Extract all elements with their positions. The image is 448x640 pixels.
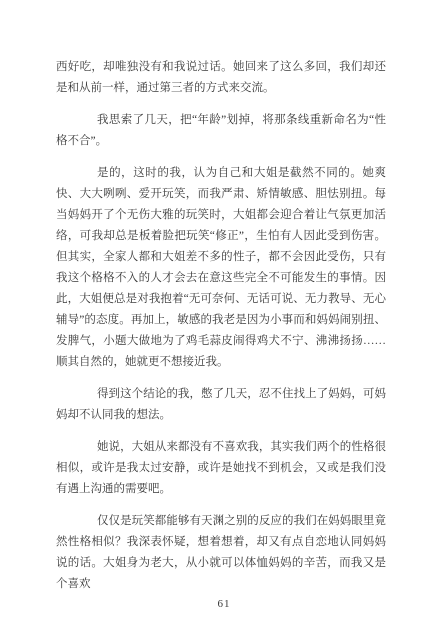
page-text: 西好吃，却唯独没有和我说过话。她回来了这么多回，我们却还是和从前一样，通过第三者…: [56, 57, 386, 606]
paragraph: 西好吃，却唯独没有和我说过话。她回来了这么多回，我们却还是和从前一样，通过第三者…: [56, 57, 386, 99]
paragraph: 是的，这时的我，认为自己和大姐是截然不同的。她爽快、大大咧咧、爱开玩笑，而我严肃…: [56, 163, 386, 373]
paragraph: 仅仅是玩笑都能够有天渊之别的反应的我们在妈妈眼里竟然性格相似？我深表怀疑，想着想…: [56, 511, 386, 595]
book-page: 西好吃，却唯独没有和我说过话。她回来了这么多回，我们却还是和从前一样，通过第三者…: [0, 0, 448, 640]
paragraph: 她说，大姐从来都没有不喜欢我，其实我们两个的性格很相似，或许是我太过安静，或许是…: [56, 437, 386, 500]
paragraph: 得到这个结论的我，憋了几天，忍不住找上了妈妈，可妈妈却不认同我的想法。: [56, 384, 386, 426]
paragraph: 我思索了几天，把“年龄”划掉，将那条线重新命名为“性格不合”。: [56, 110, 386, 152]
page-number: 61: [0, 598, 448, 610]
